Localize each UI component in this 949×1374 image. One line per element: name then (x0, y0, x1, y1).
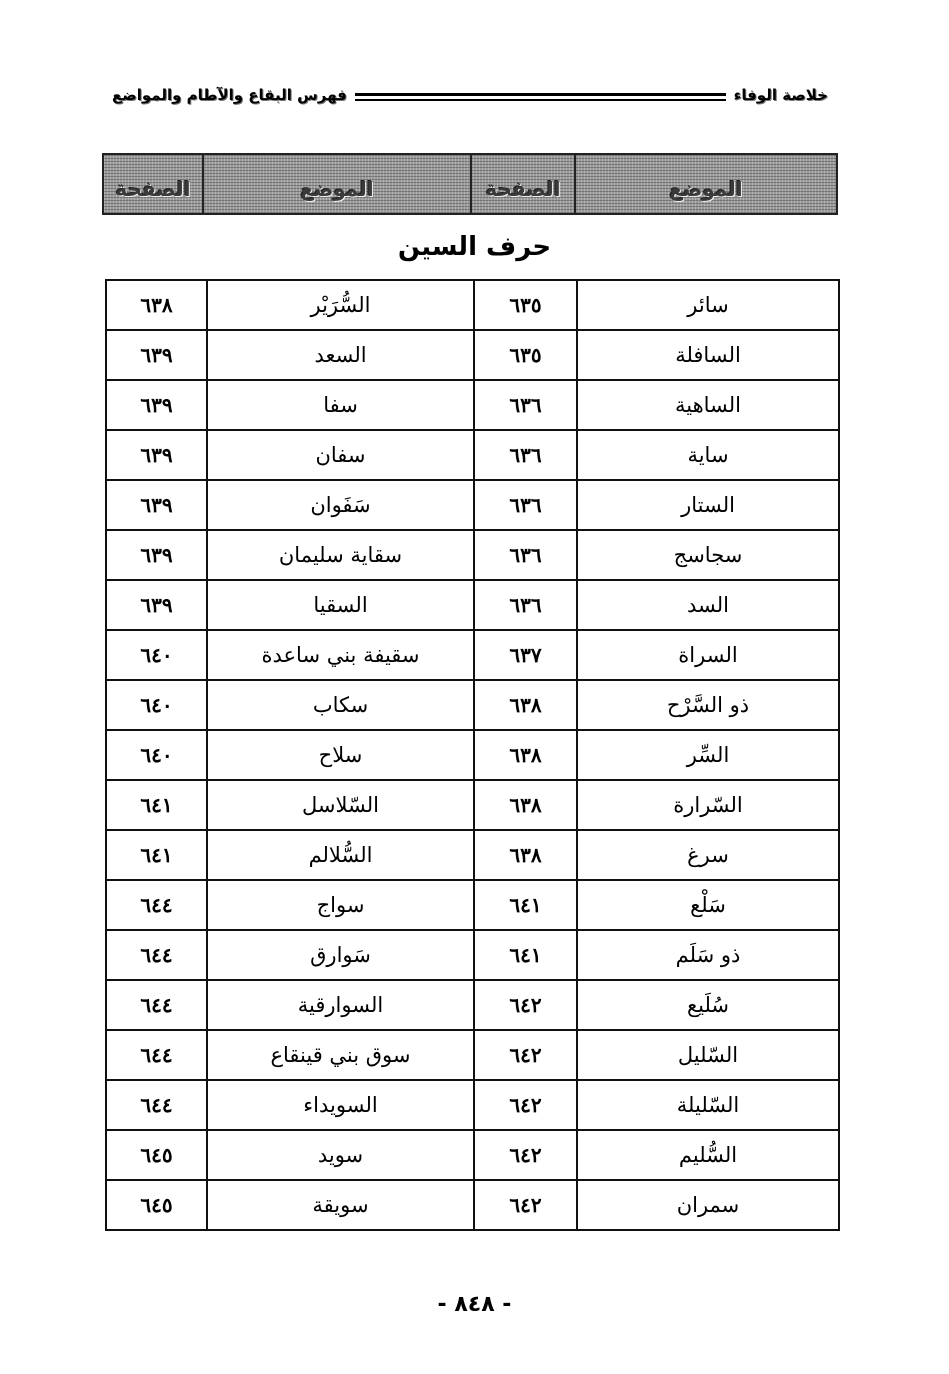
place-name-cell: السراة (577, 630, 839, 680)
column-header-place-left: الموضع (202, 155, 470, 213)
place-name-cell: الستار (577, 480, 839, 530)
page-number-cell: ٦٣٩ (106, 330, 207, 380)
place-name-cell: سقاية سليمان (207, 530, 474, 580)
index-table: سائر٦٣٥السُّرَيْر٦٣٨السافلة٦٣٥السعد٦٣٩ال… (105, 279, 840, 1231)
place-name-cell: سَوارق (207, 930, 474, 980)
table-row: سُلَيع٦٤٢السوارقية٦٤٤ (106, 980, 839, 1030)
page-number-cell: ٦٤٢ (474, 1080, 577, 1130)
page-number-cell: ٦٤٢ (474, 980, 577, 1030)
column-header-page-left: الصفحة (104, 155, 202, 213)
place-name-cell: السُّليم (577, 1130, 839, 1180)
place-name-cell: سكاب (207, 680, 474, 730)
table-row: السِّر٦٣٨سلاح٦٤٠ (106, 730, 839, 780)
place-name-cell: ذو سَلَم (577, 930, 839, 980)
page-number-cell: ٦٣٨ (474, 730, 577, 780)
table-row: ذو السَّرْح٦٣٨سكاب٦٤٠ (106, 680, 839, 730)
place-name-cell: سرغ (577, 830, 839, 880)
table-row: السّليل٦٤٢سوق بني قينقاع٦٤٤ (106, 1030, 839, 1080)
place-name-cell: سمران (577, 1180, 839, 1230)
place-name-cell: ذو السَّرْح (577, 680, 839, 730)
index-table-body: سائر٦٣٥السُّرَيْر٦٣٨السافلة٦٣٥السعد٦٣٩ال… (106, 280, 839, 1230)
page-number-cell: ٦٤٢ (474, 1180, 577, 1230)
page-number-cell: ٦٤٥ (106, 1180, 207, 1230)
column-header-page-right: الصفحة (470, 155, 574, 213)
place-name-cell: السّليل (577, 1030, 839, 1080)
place-name-cell: سُلَيع (577, 980, 839, 1030)
page-number-cell: ٦٣٦ (474, 380, 577, 430)
page-number-cell: ٦٣٦ (474, 580, 577, 630)
page-number-cell: ٦٣٩ (106, 380, 207, 430)
page-number-cell: ٦٤٢ (474, 1030, 577, 1080)
page-number-cell: ٦٤١ (474, 880, 577, 930)
table-row: السّرارة٦٣٨السّلاسل٦٤١ (106, 780, 839, 830)
page-number-cell: ٦٤٠ (106, 680, 207, 730)
place-name-cell: سلاح (207, 730, 474, 780)
section-heading: حرف السين (0, 232, 949, 262)
table-row: سجاسج٦٣٦سقاية سليمان٦٣٩ (106, 530, 839, 580)
page-number-cell: ٦٤٠ (106, 630, 207, 680)
place-name-cell: السُّرَيْر (207, 280, 474, 330)
table-row: ذو سَلَم٦٤١سَوارق٦٤٤ (106, 930, 839, 980)
page-number: - ٨٤٨ - (0, 1292, 949, 1317)
place-name-cell: السعد (207, 330, 474, 380)
table-row: سائر٦٣٥السُّرَيْر٦٣٨ (106, 280, 839, 330)
page-number-cell: ٦٤٠ (106, 730, 207, 780)
page-number-cell: ٦٣٦ (474, 530, 577, 580)
place-name-cell: السّلاسل (207, 780, 474, 830)
page-number-cell: ٦٣٥ (474, 330, 577, 380)
place-name-cell: سَفَوان (207, 480, 474, 530)
place-name-cell: السد (577, 580, 839, 630)
place-name-cell: سائر (577, 280, 839, 330)
table-row: الساهية٦٣٦سفا٦٣٩ (106, 380, 839, 430)
place-name-cell: السقيا (207, 580, 474, 630)
place-name-cell: السافلة (577, 330, 839, 380)
table-row: السراة٦٣٧سقيفة بني ساعدة٦٤٠ (106, 630, 839, 680)
page-number-cell: ٦٤٤ (106, 1030, 207, 1080)
place-name-cell: الساهية (577, 380, 839, 430)
place-name-cell: السويداء (207, 1080, 474, 1130)
page-number-cell: ٦٣٩ (106, 580, 207, 630)
place-name-cell: سوق بني قينقاع (207, 1030, 474, 1080)
running-header: خلاصة الوفاء فهرس البقاع والآطام والمواض… (112, 80, 828, 110)
page-number-cell: ٦٣٧ (474, 630, 577, 680)
page-number-cell: ٦٣٨ (474, 680, 577, 730)
table-row: ساية٦٣٦سفان٦٣٩ (106, 430, 839, 480)
page-number-cell: ٦٤٤ (106, 880, 207, 930)
place-name-cell: سقيفة بني ساعدة (207, 630, 474, 680)
table-row: الستار٦٣٦سَفَوان٦٣٩ (106, 480, 839, 530)
table-row: السافلة٦٣٥السعد٦٣٩ (106, 330, 839, 380)
place-name-cell: سفان (207, 430, 474, 480)
table-row: السّليلة٦٤٢السويداء٦٤٤ (106, 1080, 839, 1130)
page-number-cell: ٦٤١ (474, 930, 577, 980)
place-name-cell: سَلْع (577, 880, 839, 930)
place-name-cell: السّرارة (577, 780, 839, 830)
place-name-cell: سفا (207, 380, 474, 430)
place-name-cell: سجاسج (577, 530, 839, 580)
place-name-cell: سويد (207, 1130, 474, 1180)
page-number-cell: ٦٣٨ (474, 780, 577, 830)
table-row: سمران٦٤٢سويقة٦٤٥ (106, 1180, 839, 1230)
page-number-cell: ٦٣٦ (474, 480, 577, 530)
place-name-cell: السِّر (577, 730, 839, 780)
column-header-bar: الموضع الصفحة الموضع الصفحة (102, 153, 838, 215)
page-number-cell: ٦٣٩ (106, 430, 207, 480)
place-name-cell: السوارقية (207, 980, 474, 1030)
page-number-cell: ٦٣٨ (474, 830, 577, 880)
page-number-cell: ٦٣٩ (106, 530, 207, 580)
page-number-cell: ٦٣٥ (474, 280, 577, 330)
table-row: سَلْع٦٤١سواج٦٤٤ (106, 880, 839, 930)
running-header-book-title: خلاصة الوفاء (734, 86, 828, 104)
place-name-cell: السُّلالم (207, 830, 474, 880)
page-number-cell: ٦٤٤ (106, 980, 207, 1030)
place-name-cell: سواج (207, 880, 474, 930)
table-row: سرغ٦٣٨السُّلالم٦٤١ (106, 830, 839, 880)
place-name-cell: سويقة (207, 1180, 474, 1230)
page-number-cell: ٦٣٦ (474, 430, 577, 480)
table-row: السد٦٣٦السقيا٦٣٩ (106, 580, 839, 630)
page-number-cell: ٦٤١ (106, 830, 207, 880)
place-name-cell: ساية (577, 430, 839, 480)
page-number-cell: ٦٤١ (106, 780, 207, 830)
page-number-cell: ٦٤٥ (106, 1130, 207, 1180)
place-name-cell: السّليلة (577, 1080, 839, 1130)
table-row: السُّليم٦٤٢سويد٦٤٥ (106, 1130, 839, 1180)
running-header-section-title: فهرس البقاع والآطام والمواضع (112, 86, 347, 104)
page-number-cell: ٦٤٢ (474, 1130, 577, 1180)
header-double-rule (355, 93, 726, 101)
page-number-cell: ٦٤٤ (106, 1080, 207, 1130)
column-header-place-right: الموضع (574, 155, 836, 213)
page-number-cell: ٦٣٨ (106, 280, 207, 330)
page-number-cell: ٦٣٩ (106, 480, 207, 530)
page-number-cell: ٦٤٤ (106, 930, 207, 980)
